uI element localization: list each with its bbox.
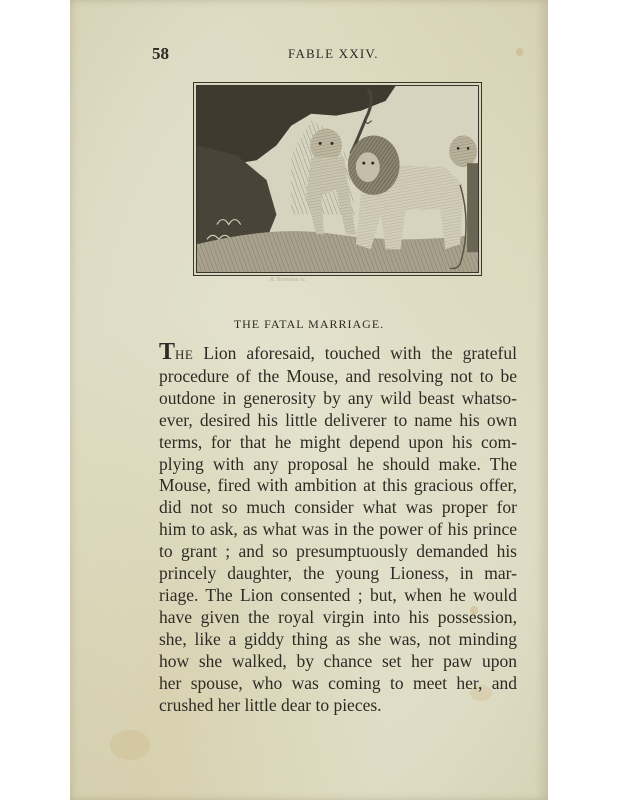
- text-line: crushed her little dear to pieces.: [159, 695, 517, 717]
- foxing-stain: [110, 730, 150, 760]
- text-line: terms, for that he might depend upon his…: [159, 432, 517, 454]
- text-line: THE Lion aforesaid, touched with the gra…: [159, 342, 517, 366]
- engraving-image: [196, 85, 479, 273]
- foxing-stain: [516, 48, 523, 56]
- text-line: have given the royal virgin into his pos…: [159, 607, 517, 629]
- drop-cap: T: [159, 339, 175, 365]
- engraver-credit: R. Branston sc.: [270, 277, 307, 283]
- lions-engraving-illustration: [197, 86, 478, 272]
- text-line: she, like a giddy thing as she was, not …: [159, 629, 517, 651]
- small-caps: HE: [175, 347, 193, 362]
- text-line: did not so much consider what was proper…: [159, 497, 517, 519]
- text-line: riage. The Lion consented ; but, when he…: [159, 585, 517, 607]
- fable-text: THE Lion aforesaid, touched with the gra…: [159, 342, 517, 716]
- text-line: plying with any proposal he should make.…: [159, 454, 517, 476]
- text-line: outdone in generosity by any wild beast …: [159, 388, 517, 410]
- text-line: Mouse, fired with ambition at this graci…: [159, 475, 517, 497]
- text-line: her spouse, who was coming to meet her, …: [159, 673, 517, 695]
- fable-title: THE FATAL MARRIAGE.: [0, 317, 618, 332]
- text-line: procedure of the Mouse, and resolving no…: [159, 366, 517, 388]
- text-line: princely daughter, the young Lioness, in…: [159, 563, 517, 585]
- page-number: 58: [152, 44, 169, 64]
- text-line: ever, desired his little deliverer to na…: [159, 410, 517, 432]
- text-line: how she walked, by chance set her paw up…: [159, 651, 517, 673]
- engraving-plate: [193, 82, 482, 276]
- text-line: to grant ; and so presumptuously demande…: [159, 541, 517, 563]
- text-line: him to ask, as what was in the power of …: [159, 519, 517, 541]
- running-head: FABLE XXIV.: [288, 46, 379, 62]
